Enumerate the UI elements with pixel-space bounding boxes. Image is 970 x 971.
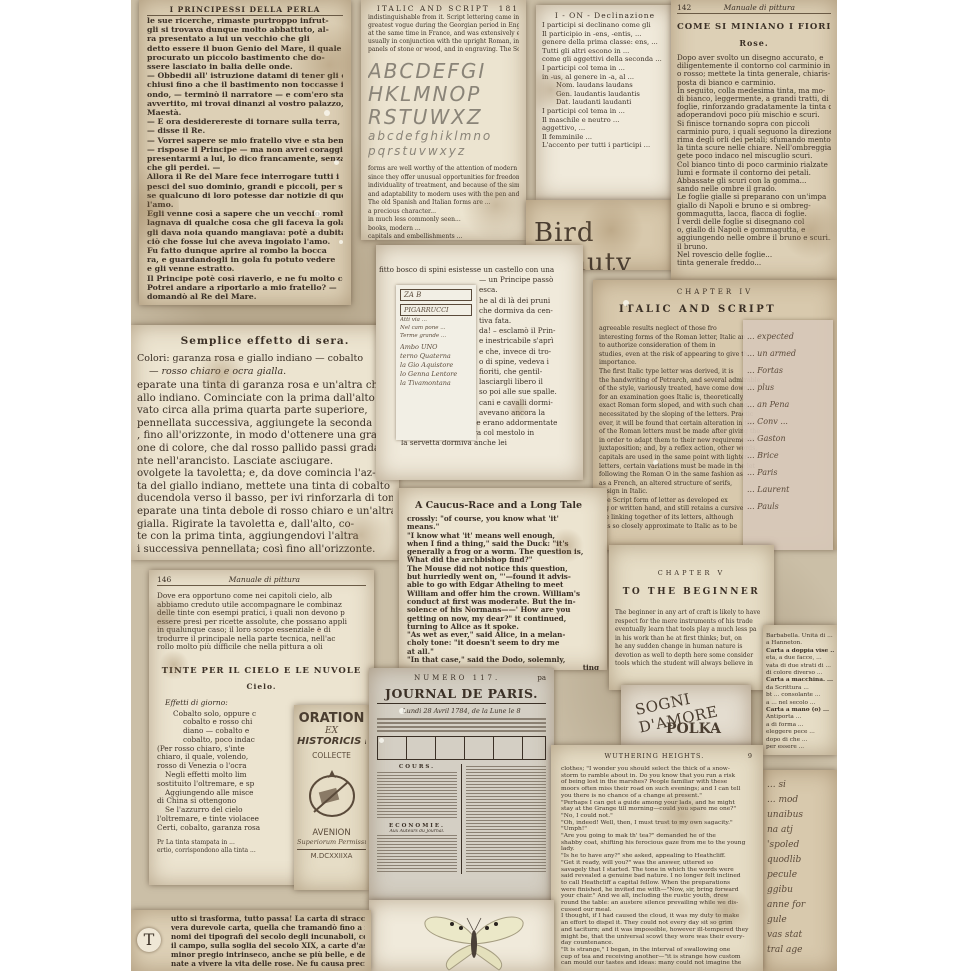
page-header: I PRINCIPESSI DELLA PERLA [147, 4, 343, 16]
miniano-text: Dopo aver svolto un disegno accurato, e … [677, 54, 831, 267]
sogni-damore-sheet: SOGNI D'AMORE POLKA [621, 685, 751, 745]
manuale-intro: Dove era opportuno come nei capitoli cie… [157, 592, 366, 652]
page-header: ITALIC AND SCRIPT 181 [368, 3, 519, 14]
chapter-iv-page: CHAPTER IV ITALIC AND SCRIPT agreeable r… [593, 280, 837, 550]
oration-historicis: HISTORICIS L [297, 736, 366, 747]
newspaper-masthead: JOURNAL DE PARIS. [377, 686, 546, 704]
carta-text: Barbabella. Unità di ... a Hanneton. Car… [766, 633, 834, 752]
fairy-tale-text: le sue ricerche, rimaste purtroppo infru… [147, 16, 343, 301]
oration-collecte: COLLECTE [297, 751, 366, 760]
page-header: I - ON - Declinazione [542, 10, 668, 21]
caucus-text: crossly: "of course, you know what 'it' … [407, 515, 599, 670]
section-title: COME SI MINIANO I FIORI [677, 22, 831, 32]
dropcap-t: T [137, 928, 161, 952]
journal-de-paris: NUMERO 117. pa JOURNAL DE PARIS. Lundi 2… [369, 668, 554, 903]
chapter-title: A Caucus-Race and a Long Tale [415, 500, 599, 511]
oration-year: M.DCXXIIXA [297, 849, 366, 860]
grammar-page: I - ON - Declinazione I participi si dec… [536, 5, 674, 200]
chapter-title: TO THE BEGINNER [615, 587, 768, 597]
chapter-v-page: CHAPTER V TO THE BEGINNER The beginner i… [609, 545, 774, 690]
sogni-subtitle: POLKA [666, 721, 721, 737]
section-title: TINTE PER IL CIELO E LE NUVOLE [157, 666, 366, 676]
newspaper-columns: COURS. ÉCONOMIE. Aux Auteurs du Journal. [377, 764, 546, 874]
chapter-title: ITALIC AND SCRIPT [599, 304, 831, 315]
handwritten-lottery-note: ZA B PIGARRUCCI Atti via ... Nel cam pon… [396, 285, 476, 440]
fairy-tale-page: I PRINCIPESSI DELLA PERLA le sue ricerch… [139, 0, 351, 305]
oration-title: ORATION [297, 711, 366, 726]
handwritten-letter-bottom: ... si ... mod unaibus na atj 'spoled qu… [763, 770, 837, 971]
butterfly-icon [419, 912, 529, 971]
section-subtitle: Rose. [677, 38, 831, 48]
bottom-left-page: T utto si trasforma, tutto passa! La car… [131, 910, 371, 971]
semplice-effetto-page: Semplice effetto di sera. Colori: garanz… [131, 325, 399, 560]
semplice-text: eparate una tinta di garanza rosa e un'a… [137, 380, 393, 556]
grammar-text: I participi si declinano come gli Il par… [542, 21, 668, 150]
butterfly-scrap [369, 900, 554, 971]
chapter-label: CHAPTER IV [599, 288, 831, 296]
collage-canvas: I PRINCIPESSI DELLA PERLA le sue ricerch… [131, 0, 837, 971]
emblem-icon [302, 764, 362, 824]
weather-table [377, 736, 546, 760]
newspaper-fine-print [377, 718, 546, 732]
page-header: 146 Manuale di pittura [157, 574, 366, 586]
section-title: Semplice effetto di sera. [137, 335, 393, 347]
chapter-label: CHAPTER V [615, 569, 768, 577]
wuthering-heights-page: WUTHERING HEIGHTS. 9 clothes; "I wonder … [551, 745, 763, 971]
castello-page: fitto bosco di spini esistesse un castel… [376, 245, 583, 480]
bottom-left-text: utto si trasforma, tutto passa! La carta… [171, 914, 365, 968]
issue-number: NUMERO 117. pa [377, 674, 546, 682]
miniano-fiori-page: 142 Manuale di pittura COME SI MINIANO I… [671, 0, 837, 280]
oration-imprint: Superiorum Permissu [297, 838, 366, 846]
alphabet-specimen: ABCDEFGI HKLMNOP RSTUWXZ abcdefghiklmno … [368, 60, 519, 159]
intro-text: indistinguishable from it. Script letter… [368, 14, 519, 54]
oration-place: AVENION [297, 828, 366, 838]
handwritten-letter-overlay: ... expected ... un armed ... Fortas ...… [743, 320, 833, 550]
body-text: forms are well worthy of the attention o… [368, 165, 519, 240]
newspaper-dateline: Lundi 28 Avril 1784, de la Lune le 8 [377, 707, 546, 715]
colors-line: Colori: garanza rosa e giallo indiano — … [137, 353, 393, 378]
oration-ex: EX [297, 726, 366, 736]
alphabet-page: ITALIC AND SCRIPT 181 indistinguishable … [361, 0, 526, 240]
carta-dictionary-strip: Barbabella. Unità di ... a Hanneton. Car… [763, 625, 837, 755]
section-subtitle: Cielo. [157, 682, 366, 691]
caucus-race-page: A Caucus-Race and a Long Tale crossly: "… [399, 488, 607, 670]
chapter-v-text: The beginner in any art of craft is like… [615, 609, 768, 669]
page-header: WUTHERING HEIGHTS. 9 [561, 751, 753, 762]
page-header: 142 Manuale di pittura [677, 2, 831, 14]
wuthering-text: clothes; "I wonder you should select the… [561, 766, 753, 967]
oration-booklet: ORATION EX HISTORICIS L COLLECTE AVENION… [294, 705, 369, 890]
